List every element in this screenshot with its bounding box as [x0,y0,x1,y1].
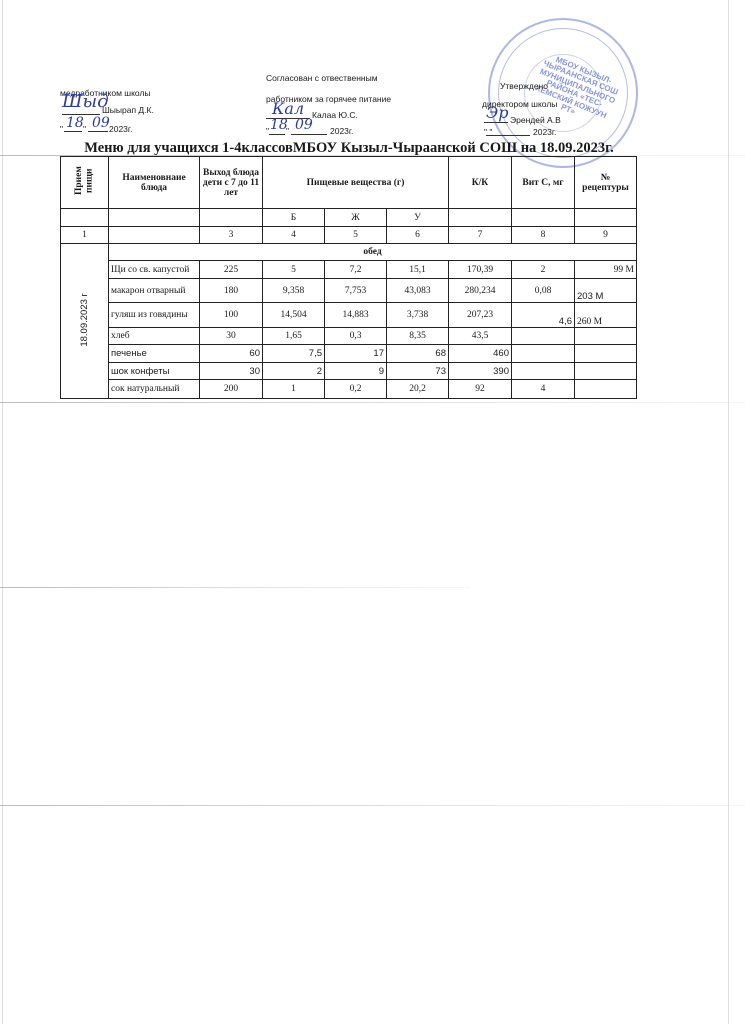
empty-cell [200,209,263,227]
protein: 14,504 [263,303,325,328]
responsible-signature: Кал [272,100,304,118]
carbs: 3,738 [387,303,449,328]
fat: 0,2 [325,380,387,399]
portion: 60 [200,345,263,363]
medical-day: 18 [66,116,84,131]
calories: 170,39 [449,261,512,279]
date-cell: 18.09.2023 г [61,244,109,399]
table-row: шок конфеты 30 2 9 73 390 [61,363,637,380]
month-line [291,134,327,135]
vitamin-c: 2 [512,261,575,279]
subheader-row: Б Ж У [61,209,637,227]
table-row: печенье 60 7,5 17 68 460 [61,345,637,363]
portion: 100 [200,303,263,328]
calories: 390 [449,363,512,380]
menu-title: Меню для учащихся 1-4классовМБОУ Кызыл-Ч… [60,140,638,157]
director-name: Эрендей А.В [510,116,561,125]
calories: 280,234 [449,279,512,303]
vitamin-c: 4 [512,380,575,399]
menu-table: Прием пищи Наименовнаие блюда Выход блюд… [60,156,637,399]
protein: 2 [263,363,325,380]
dish-name: хлеб [109,328,200,345]
table-row: Щи со св. капустой 225 5 7,2 15,1 170,39… [61,261,637,279]
header-recipe: № рецептуры [575,157,637,209]
date-label: 18.09.2023 г [79,293,90,347]
vitamin-c: 4,6 [512,303,575,328]
director-signature: Эр [486,104,508,122]
vitamin-c [512,328,575,345]
carbs: 68 [387,345,449,363]
table-row: сок натуральный 200 1 0,2 20,2 92 4 [61,380,637,399]
table-row: хлеб 30 1,65 0,3 8,35 43,5 [61,328,637,345]
calories: 207,23 [449,303,512,328]
col-number: 3 [200,227,263,244]
responsible-month: 09 [295,118,313,133]
carbs: 20,2 [387,380,449,399]
calories: 43,5 [449,328,512,345]
subheader-carbs: У [387,209,449,227]
director-year: 2023г. [533,128,556,137]
dish-name: гуляш из говядины [109,303,200,328]
scan-artifact-line [0,805,745,806]
portion: 180 [200,279,263,303]
header-dish: Наименовнаие блюда [109,157,200,209]
header-meal-text: Прием пищи [74,157,95,205]
responsible-approval-title: Согласован с отвественным [266,74,378,83]
scan-artifact-line [0,587,470,588]
empty-cell [512,209,575,227]
scan-artifact-vline [2,0,3,1024]
vitamin-c: 0,08 [512,279,575,303]
recipe-number [575,345,637,363]
calories: 92 [449,380,512,399]
col-number: 4 [263,227,325,244]
column-number-row: 1 3 4 5 6 7 8 9 [61,227,637,244]
protein: 1,65 [263,328,325,345]
portion: 200 [200,380,263,399]
fat: 9 [325,363,387,380]
carbs: 15,1 [387,261,449,279]
recipe-number: 99 М [575,261,637,279]
calories: 460 [449,345,512,363]
scan-artifact-vline [728,0,729,1024]
col-number: 8 [512,227,575,244]
header-vitc: Вит С, мг [512,157,575,209]
col-number: 9 [575,227,637,244]
dish-name: сок натуральный [109,380,200,399]
col-number: 7 [449,227,512,244]
fat: 0,3 [325,328,387,345]
month-line [88,131,108,132]
protein: 5 [263,261,325,279]
empty-cell [449,209,512,227]
section-label: обед [109,244,637,261]
header-meal: Прием пищи [61,157,109,209]
header-kk: К/К [449,157,512,209]
recipe-number [575,328,637,345]
col-number: 5 [325,227,387,244]
protein: 9,358 [263,279,325,303]
recipe-number [575,380,637,399]
carbs: 73 [387,363,449,380]
subheader-protein: Б [263,209,325,227]
dish-name: Щи со св. капустой [109,261,200,279]
dish-name: печенье [109,345,200,363]
responsible-name: Калаа Ю.С. [312,111,358,120]
subheader-fat: Ж [325,209,387,227]
fat: 7,2 [325,261,387,279]
fat: 7,753 [325,279,387,303]
quote-mark: " [60,125,63,134]
vitamin-c [512,345,575,363]
quote-mark: " [286,127,289,136]
col-number: 1 [61,227,109,244]
medical-month: 09 [92,116,110,131]
vitamin-c [512,363,575,380]
protein: 1 [263,380,325,399]
medical-name: Шыырап Д.К. [102,106,154,115]
table-row: гуляш из говядины 100 14,504 14,883 3,73… [61,303,637,328]
medical-year: 2023г. [109,125,132,134]
quote-mark: " [83,125,86,134]
fat: 17 [325,345,387,363]
day-line [269,134,285,135]
table-row: макарон отварный 180 9,358 7,753 43,083 … [61,279,637,303]
fat: 14,883 [325,303,387,328]
empty-cell [109,209,200,227]
day-line [64,131,82,132]
header-row: Прием пищи Наименовнаие блюда Выход блюд… [61,157,637,209]
date-line [486,135,530,136]
section-row: 18.09.2023 г обед [61,244,637,261]
empty-cell [575,209,637,227]
scan-artifact-line [0,402,745,403]
header-portion: Выход блюда дети с 7 до 11 лет [200,157,263,209]
responsible-year: 2023г. [330,127,353,136]
protein: 7,5 [263,345,325,363]
dish-name: шок конфеты [109,363,200,380]
dish-name: макарон отварный [109,279,200,303]
recipe-number [575,363,637,380]
header-nutrients: Пищевые вещества (г) [263,157,449,209]
recipe-number: 203 М [575,279,637,303]
carbs: 43,083 [387,279,449,303]
col-number [109,227,200,244]
portion: 30 [200,328,263,345]
director-approval-title: Утверждено [500,82,548,91]
empty-cell [61,209,109,227]
portion: 225 [200,261,263,279]
recipe-number: 260 М [575,303,637,328]
carbs: 8,35 [387,328,449,345]
portion: 30 [200,363,263,380]
signature-line [484,122,508,123]
col-number: 6 [387,227,449,244]
